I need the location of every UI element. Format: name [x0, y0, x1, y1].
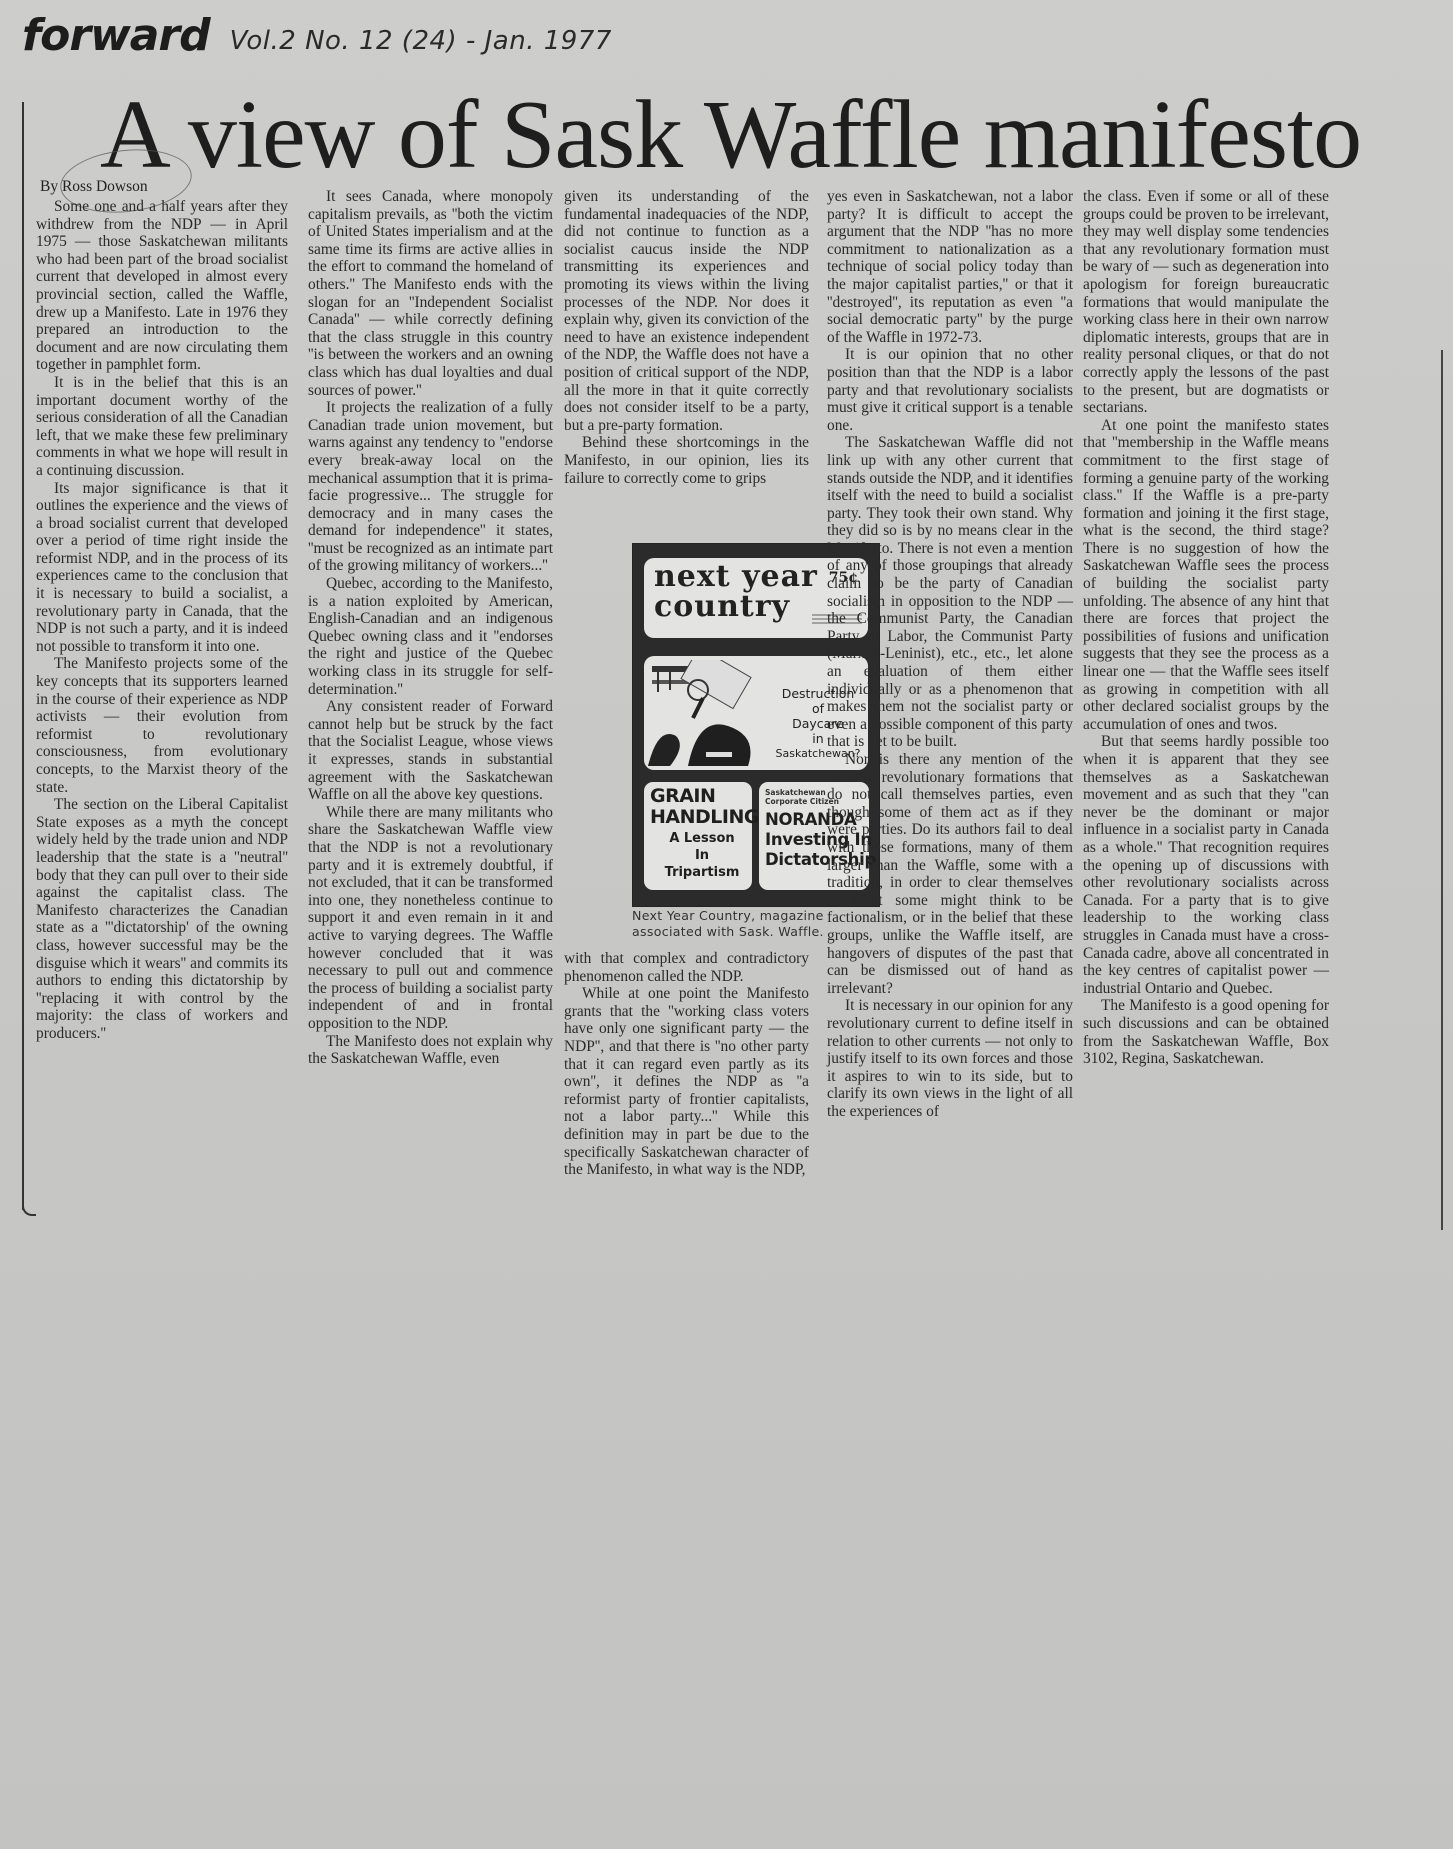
paragraph: given its understanding of the fundament…	[564, 188, 809, 434]
paragraph: Its major significance is that it outlin…	[36, 480, 288, 656]
paragraph: It sees Canada, where monopoly capitalis…	[308, 188, 553, 399]
right-column-rule	[1441, 350, 1443, 1230]
paragraph: The Manifesto is a good opening for such…	[1083, 997, 1329, 1067]
publication-logo: forward	[22, 14, 210, 58]
daycare-cartoon-illustration	[648, 660, 768, 766]
byline: By Ross Dowson	[40, 178, 148, 196]
paragraph: Behind these shortcomings in the Manifes…	[564, 434, 809, 487]
paragraph: Nor is there any mention of the various …	[827, 751, 1073, 997]
magazine-title: next year country	[654, 562, 818, 622]
subhead-line: In	[644, 847, 746, 864]
paragraph: It is our opinion that no other position…	[827, 346, 1073, 434]
paragraph: But that seems hardly possible too when …	[1083, 733, 1329, 997]
grain-handling-panel: GRAIN HANDLING: A Lesson In Tripartism	[644, 782, 752, 890]
paragraph: yes even in Saskatchewan, not a labor pa…	[827, 188, 1073, 346]
masthead: forward Vol.2 No. 12 (24) - Jan. 1977	[22, 14, 612, 58]
paragraph: The section on the Liberal Capitalist St…	[36, 796, 288, 1042]
paragraph: It projects the realization of a fully C…	[308, 399, 553, 575]
paragraph: It is necessary in our opinion for any r…	[827, 997, 1073, 1120]
article-column-3: given its understanding of the fundament…	[564, 188, 809, 487]
article-headline: A view of Sask Waffle manifesto	[100, 86, 1361, 184]
grain-handling-headline: GRAIN HANDLING:	[650, 786, 766, 828]
paragraph: The Manifesto does not explain why the S…	[308, 1033, 553, 1068]
paragraph: the class. Even if some or all of these …	[1083, 188, 1329, 417]
paragraph: While there are many militants who share…	[308, 804, 553, 1033]
subhead-line: A Lesson	[644, 830, 746, 847]
newspaper-clipping: forward Vol.2 No. 12 (24) - Jan. 1977 A …	[0, 0, 1453, 1849]
magazine-title-line-2: country	[654, 592, 818, 622]
paragraph: It is in the belief that this is an impo…	[36, 374, 288, 480]
paragraph: The Manifesto projects some of the key c…	[36, 655, 288, 796]
article-column-3-continued: with that complex and contradictory phen…	[564, 950, 809, 1179]
paragraph: Some one and a half years after they wit…	[36, 198, 288, 374]
headline-line: GRAIN	[650, 786, 766, 807]
left-rule-corner	[22, 1200, 36, 1216]
article-column-2: It sees Canada, where monopoly capitalis…	[308, 188, 553, 1068]
paragraph: Quebec, according to the Manifesto, is a…	[308, 575, 553, 698]
paragraph: The Saskatchewan Waffle did not link up …	[827, 434, 1073, 751]
magazine-title-line-1: next year	[654, 562, 818, 592]
paragraph: Any consistent reader of Forward cannot …	[308, 698, 553, 804]
paragraph: with that complex and contradictory phen…	[564, 950, 809, 985]
grain-handling-subhead: A Lesson In Tripartism	[644, 830, 752, 881]
article-column-4: yes even in Saskatchewan, not a labor pa…	[827, 188, 1073, 1120]
article-column-5: the class. Even if some or all of these …	[1083, 188, 1329, 1068]
paragraph: While at one point the Manifesto grants …	[564, 985, 809, 1179]
headline-line: HANDLING:	[650, 807, 766, 828]
subhead-line: Tripartism	[644, 864, 746, 881]
paragraph: At one point the manifesto states that '…	[1083, 417, 1329, 734]
left-column-rule	[22, 102, 24, 1210]
article-column-1: Some one and a half years after they wit…	[36, 198, 288, 1043]
handwritten-issue-note: Vol.2 No. 12 (24) - Jan. 1977	[230, 28, 612, 58]
